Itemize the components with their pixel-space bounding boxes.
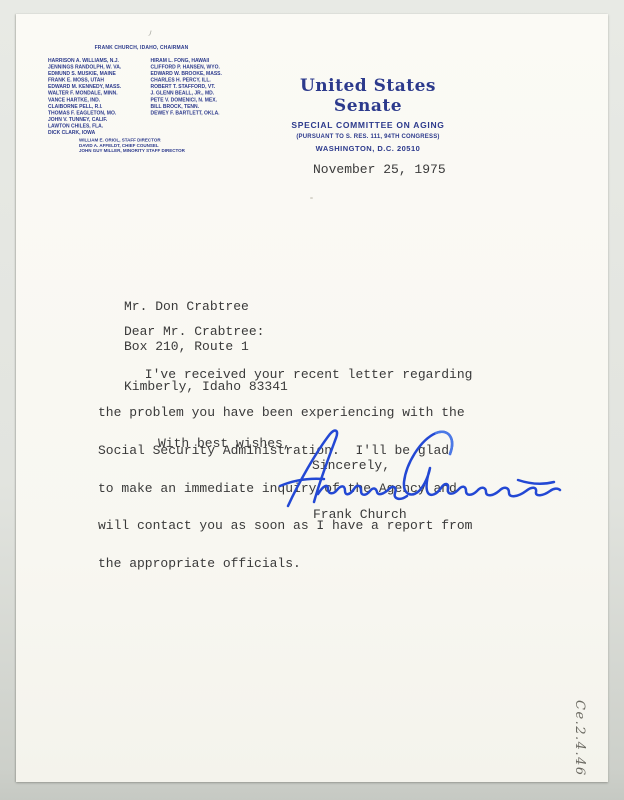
letter-page: FRANK CHURCH, IDAHO, CHAIRMAN HARRISON A… [16,14,608,782]
handwritten-signature [278,424,570,518]
committee-name: SPECIAL COMMITTEE ON AGING [268,120,468,130]
body-line: the problem you have been experiencing w… [98,407,472,420]
senate-title: United States Senate [268,76,468,116]
body-line: I've received your recent letter regardi… [98,369,472,382]
senate-masthead: United States Senate SPECIAL COMMITTEE O… [268,76,468,153]
scan-artifact-mark [146,30,151,37]
staff-directors: WILLIAM E. ORIOL, STAFF DIRECTOR DAVID A… [79,138,185,154]
closing-wishes: With best wishes, [158,437,291,450]
date-line: November 25, 1975 [313,163,446,176]
staff-name: JOHN GUY MILLER, MINORITY STAFF DIRECTOR [79,148,185,153]
body-line: will contact you as soon as I have a rep… [98,520,472,533]
members-column-left: HARRISON A. WILLIAMS, N.J. JENNINGS RAND… [48,58,121,137]
archival-number: Ce.2.4.46 [572,700,587,777]
member-name: WALTER F. MONDALE, MINN. [48,90,121,97]
signature-frank-stroke [280,431,407,506]
member-name: J. GLENN BEALL, JR., MD. [151,90,222,97]
scan-artifact-speck [310,197,313,199]
salutation: Dear Mr. Crabtree: [124,325,264,338]
members-column-right: HIRAM L. FONG, HAWAII CLIFFORD P. HANSEN… [151,58,222,117]
recipient-name: Mr. Don Crabtree [124,300,288,313]
member-name: PETE V. DOMENICI, N. MEX. [151,97,222,104]
signature-ink-highlight [436,432,452,454]
chairman-line: FRANK CHURCH, IDAHO, CHAIRMAN [24,45,259,51]
authority-line: (PURSUANT TO S. RES. 111, 94TH CONGRESS) [268,134,468,140]
signature-church-stroke [404,432,560,496]
scanner-background: { "letterhead": { "chairman_line": "FRAN… [0,0,624,800]
member-name: DEWEY F. BARTLETT, OKLA. [151,110,222,117]
body-line: the appropriate officials. [98,558,472,571]
member-name: DICK CLARK, IOWA [48,130,121,137]
city-line: WASHINGTON, D.C. 20510 [268,144,468,153]
member-name: THOMAS F. EAGLETON, MO. [48,110,121,117]
